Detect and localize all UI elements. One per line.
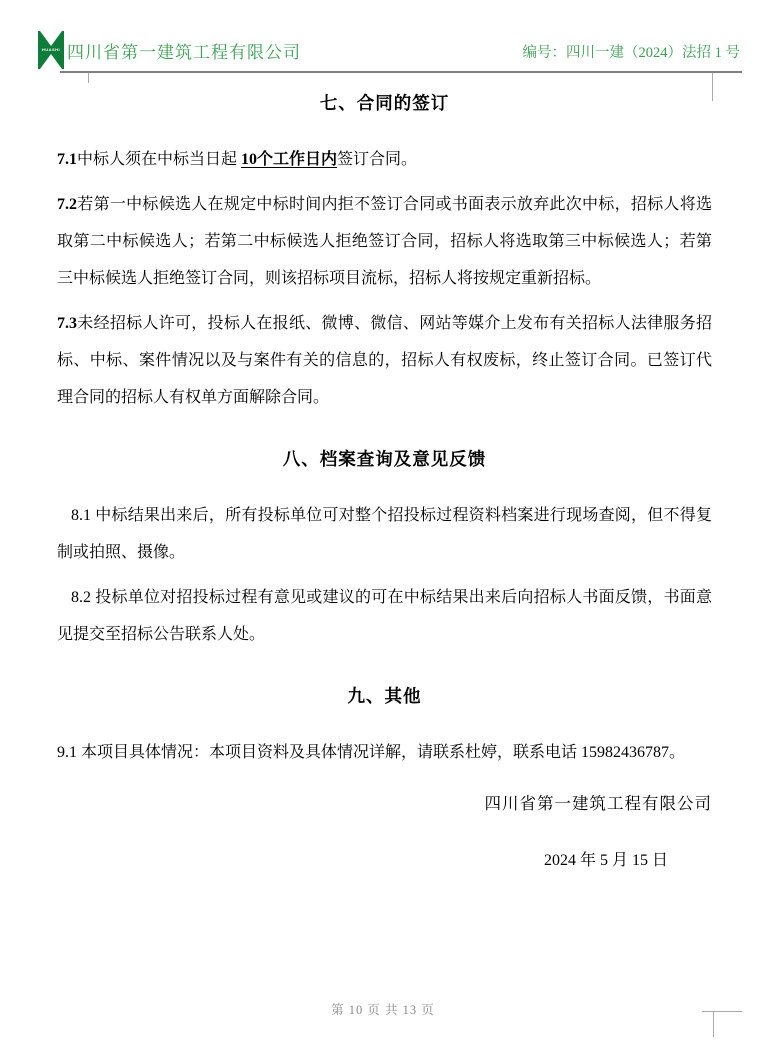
- company-logo-icon: HUASHI: [38, 31, 64, 69]
- signature-company: 四川省第一建筑工程有限公司: [57, 790, 712, 814]
- section-heading: 七、合同的签订: [57, 90, 712, 115]
- paragraph: 8.1 中标结果出来后，所有投标单位可对整个招投标过程资料档案进行现场查阅，但不…: [57, 497, 712, 571]
- header-doc-number: 编号：四川一建（2024）法招 1 号: [523, 41, 741, 62]
- document-page: HUASHI 四川省第一建筑工程有限公司 编号：四川一建（2024）法招 1 号…: [0, 0, 766, 1048]
- paragraph: 7.3未经招标人许可，投标人在报纸、微博、微信、网站等媒介上发布有关招标人法律服…: [57, 305, 712, 416]
- text-run: 10个工作日内: [241, 151, 337, 168]
- text-run: 中标人须在中标当日起: [77, 151, 241, 168]
- text-run: 若第一中标候选人在规定中标时间内拒不签订合同或书面表示放弃此次中标，招标人将选取…: [57, 196, 712, 287]
- paragraph: 8.2 投标单位对招投标过程有意见或建议的可在中标结果出来后向招标人书面反馈，书…: [57, 579, 712, 653]
- text-run: 未经招标人许可，投标人在报纸、微博、微信、网站等媒介上发布有关招标人法律服务招标…: [57, 315, 712, 406]
- document-body: 七、合同的签订7.1中标人须在中标当日起 10个工作日内签订合同。7.2若第一中…: [57, 82, 712, 779]
- text-run: 7.2: [57, 196, 77, 213]
- margin-mark-top-right: [712, 73, 713, 101]
- text-run: 8.2 投标单位对招投标过程有意见或建议的可在中标结果出来后向招标人书面反馈，书…: [57, 589, 712, 643]
- logo-triangle-top: [40, 31, 62, 46]
- header-divider: [60, 71, 742, 73]
- section-heading: 九、其他: [57, 683, 712, 708]
- text-run: 8.1 中标结果出来后，所有投标单位可对整个招投标过程资料档案进行现场查阅，但不…: [57, 507, 712, 561]
- header-company-name: 四川省第一建筑工程有限公司: [67, 38, 301, 63]
- text-run: 7.3: [57, 315, 77, 332]
- text-run: 7.1: [57, 151, 77, 168]
- text-run: 9.1 本项目具体情况：本项目资料及具体情况详解，请联系杜婷，联系电话 1598…: [57, 744, 685, 761]
- page-number-footer: 第 10 页 共 13 页: [0, 1000, 766, 1018]
- signature-block: 四川省第一建筑工程有限公司 2024 年 5 月 15 日: [57, 790, 712, 870]
- paragraph: 9.1 本项目具体情况：本项目资料及具体情况详解，请联系杜婷，联系电话 1598…: [57, 734, 712, 771]
- paragraph: 7.2若第一中标候选人在规定中标时间内拒不签订合同或书面表示放弃此次中标，招标人…: [57, 186, 712, 297]
- text-run: 签订合同。: [337, 151, 417, 168]
- logo-triangle-bottom: [40, 54, 62, 69]
- paragraph: 7.1中标人须在中标当日起 10个工作日内签订合同。: [57, 141, 712, 178]
- section-heading: 八、档案查询及意见反馈: [57, 446, 712, 471]
- signature-date: 2024 年 5 月 15 日: [57, 847, 712, 870]
- logo-wordmark: HUASHI: [38, 47, 64, 53]
